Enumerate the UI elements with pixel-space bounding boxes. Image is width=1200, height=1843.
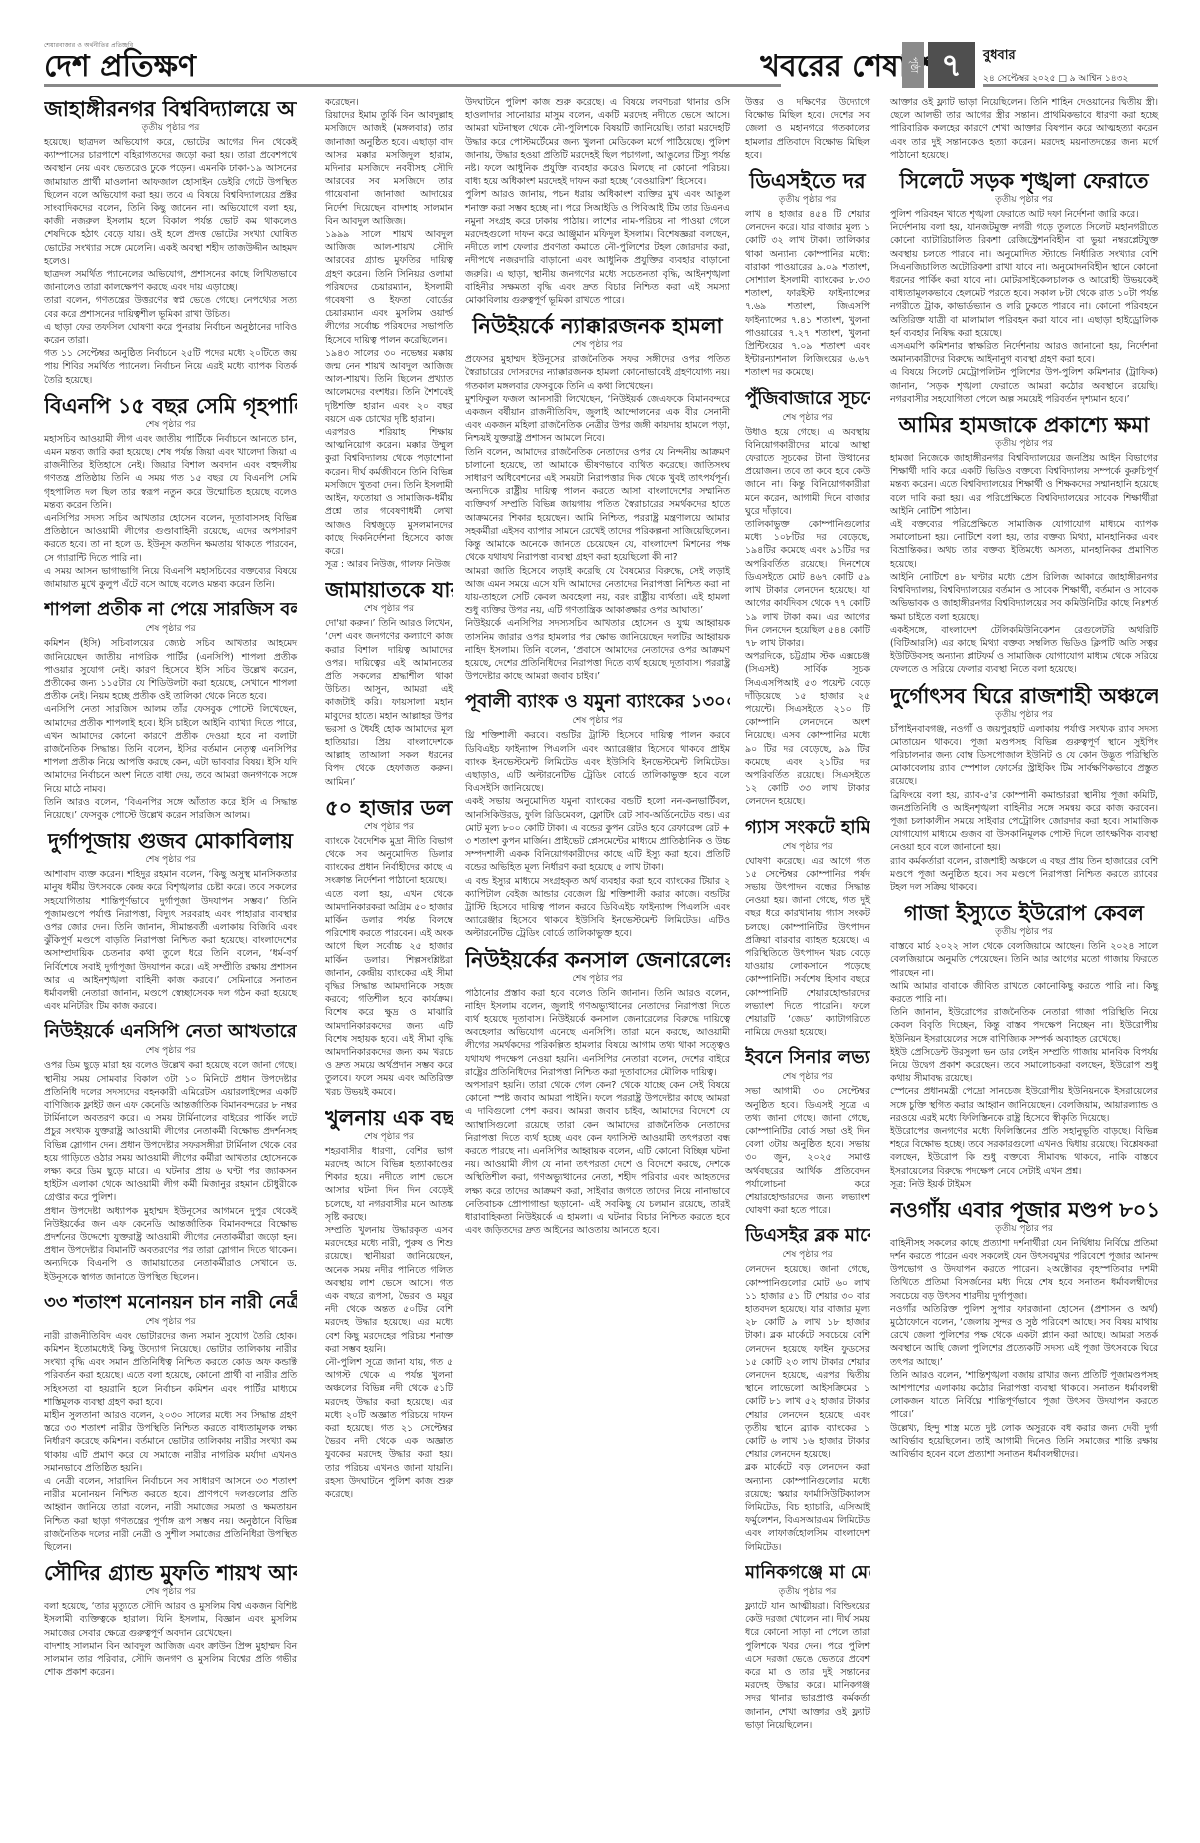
article-consul-general: নিউইয়র্কের কনসাল জেনারেলের শেষ পৃষ্ঠার …: [465, 947, 730, 1238]
article-body: লাখ ৪ হাজার ৪৫৪ টি শেয়ার লেনদেন করে। যা…: [745, 208, 870, 380]
continuation-note: শেষ পৃষ্ঠার পর: [44, 1045, 297, 1057]
article-body: হয়েছে। ছাত্রদল অভিযোগ করে, ভোটের আগের দ…: [44, 136, 297, 387]
article-body: উধাও হয়ে গেছে। এ অবস্থায় বিনিয়োগকারীদ…: [745, 426, 870, 809]
continuation-note: তৃতীয় পৃষ্ঠার পর: [44, 122, 297, 134]
continuation-note: শেষ পৃষ্ঠার পর: [44, 1586, 297, 1598]
continuation-note: তৃতীয় পৃষ্ঠার পর: [890, 438, 1158, 450]
column-5: আক্তার ওই ফ্ল্যাট ভাড়া নিয়েছিলেন। তিনি…: [890, 96, 1158, 1467]
continuation-note: তৃতীয় পৃষ্ঠার পর: [745, 1586, 870, 1598]
article-women-nomination: ৩৩ শতাংশ মনোনয়ন চান নারী নেত্রীরা শেষ প…: [44, 1290, 297, 1554]
article-body: উত্তর ও দক্ষিণের উদ্যোগে বিক্ষোভ মিছিল হ…: [745, 96, 870, 162]
continuation-note: শেষ পৃষ্ঠার পর: [325, 821, 453, 833]
continuation-note: শেষ পৃষ্ঠার পর: [325, 1131, 453, 1143]
article-ibn-sina: ইবনে সিনার লভ্যাংশ শেষ পৃষ্ঠার পর সভা আগ…: [745, 1045, 870, 1217]
article-capital-market-index: পুঁজিবাজারে সূচকের শেষ পৃষ্ঠার পর উধাও হ…: [745, 386, 870, 809]
continuation-note: তৃতীয় পৃষ্ঠার পর: [890, 1223, 1158, 1235]
article-body: দো'য়া করুন।’ তিনি আরও লিখেন, ‘দেশ এবং জ…: [325, 617, 453, 789]
article-ny-attack: নিউইয়র্কে ন্যাক্কারজনক হামলা শেষ পৃষ্ঠা…: [465, 313, 730, 683]
article-saudi-mufti: সৌদির গ্র্যান্ড মুফতি শায়খ আবদুল শেষ পৃ…: [44, 1560, 297, 1679]
headline: জামায়াতকে যারা: [325, 577, 453, 603]
continuation-note: শেষ পৃষ্ঠার পর: [44, 419, 297, 431]
article-jamaat: জামায়াতকে যারা শেষ পৃষ্ঠার পর দো'য়া কর…: [325, 577, 453, 789]
article-manikganj: মানিকগঞ্জে মা মেয়ে তৃতীয় পৃষ্ঠার পর ফ্…: [745, 1560, 870, 1732]
article-50k-dollar: ৫০ হাজার ডলার শেষ পৃষ্ঠার পর ব্যাংকে বৈদ…: [325, 795, 453, 1099]
article-protest-cont: উত্তর ও দক্ষিণের উদ্যোগে বিক্ষোভ মিছিল হ…: [745, 96, 870, 162]
headline: নওগাঁয় এবার পূজার মণ্ডপ ৮০১টি: [890, 1197, 1158, 1223]
article-body: নারী রাজনীতিবিদ এবং ভোটারদের জন্য সমান স…: [44, 1330, 297, 1554]
article-body: ওপর ডিম ছুড়ে মারা হয় বলেও উল্লেখ করা হ…: [44, 1059, 297, 1283]
article-body: পুলিশ পরিবহন খাতে শৃঙ্খলা ফেরাতে আট দফা …: [890, 208, 1158, 406]
continuation-note: শেষ পৃষ্ঠার পর: [745, 412, 870, 424]
headline: নিউইয়র্কে এনসিপি নেতা আখতারের: [44, 1019, 297, 1045]
article-body: সভা আগামী ৩০ সেপ্টেম্বর অনুষ্ঠিত হবে। ডি…: [745, 1085, 870, 1217]
headline: ৫০ হাজার ডলার: [325, 795, 453, 821]
headline: মানিকগঞ্জে মা মেয়ে: [745, 1560, 870, 1586]
article-naogaon-puja: নওগাঁয় এবার পূজার মণ্ডপ ৮০১টি তৃতীয় পৃ…: [890, 1197, 1158, 1461]
column-2: করেছেন। রিয়াদের ইমাম তুর্কি বিন আবদুল্ল…: [325, 96, 453, 1507]
headline: নিউইয়র্কের কনসাল জেনারেলের: [465, 947, 730, 973]
article-manikganj-cont: আক্তার ওই ফ্ল্যাট ভাড়া নিয়েছিলেন। তিনি…: [890, 96, 1158, 162]
article-body: মহাসচিব আওয়ামী লীগ এবং জাতীয় পার্টিকে …: [44, 433, 297, 591]
headline: সৌদির গ্র্যান্ড মুফতি শায়খ আবদুল: [44, 1560, 297, 1586]
headline: গাজা ইস্যুতে ইউরোপ কেবল: [890, 900, 1158, 926]
source-credit: সূত্র: নিউ ইয়র্ক টাইমস: [890, 1178, 1158, 1191]
headline: নিউইয়র্কে ন্যাক্কারজনক হামলা: [465, 313, 730, 339]
headline: বিএনপি ১৫ বছর সেমি গৃহপালিত দল: [44, 393, 297, 419]
continuation-note: শেষ পৃষ্ঠার পর: [745, 1071, 870, 1083]
article-sylhet-road: সিলেটে সড়ক শৃঙ্খলা ফেরাতে তৃতীয় পৃষ্ঠা…: [890, 168, 1158, 406]
article-khulna: খুলনায় এক বছরে শেষ পৃষ্ঠার পর শহরবাসীর …: [325, 1105, 453, 1501]
article-body: আশাবাদ ব্যক্ত করেন। শহিদুর রহমান বলেন, ‘…: [44, 868, 297, 1013]
article-body: থ্রি শক্তিশালী করবে। বন্ডটির ট্রাস্টি হি…: [465, 729, 730, 940]
article-hamid-gas: গ্যাস সংকটে হামিদ শেষ পৃষ্ঠার পর ঘোষণা ক…: [745, 815, 870, 1040]
article-jahangirnagar: জাহাঙ্গীরনগর বিশ্ববিদ্যালয়ে আবার তৃতীয়…: [44, 96, 297, 387]
masthead: শেয়ারবাজার ও অর্থনীতির প্রতিচ্ছবি দেশ প…: [0, 0, 1200, 90]
brand-logo: শেয়ারবাজার ও অর্থনীতির প্রতিচ্ছবি দেশ প…: [44, 40, 196, 83]
article-body: হামজা নিজেকে জাহাঙ্গীরনগর বিশ্ববিদ্যালয়…: [890, 452, 1158, 676]
continuation-note: শেষ পৃষ্ঠার পর: [325, 603, 453, 615]
headline: গ্যাস সংকটে হামিদ: [745, 815, 870, 841]
headline: পুঁজিবাজারে সূচকের: [745, 386, 870, 412]
weekday: বুধবার: [983, 46, 1128, 67]
headline: শাপলা প্রতীক না পেয়ে সারজিস বললেন,: [44, 597, 297, 623]
continuation-note: শেষ পৃষ্ঠার পর: [465, 715, 730, 727]
article-amir-hamza: আমির হামজাকে প্রকাশ্যে ক্ষমা তৃতীয় পৃষ্…: [890, 412, 1158, 676]
page-number: ৭: [928, 42, 975, 88]
article-dse-price: ডিএসইতে দর তৃতীয় পৃষ্ঠার পর লাখ ৪ হাজার…: [745, 168, 870, 380]
article-shapla: শাপলা প্রতীক না পেয়ে সারজিস বললেন, শেষ …: [44, 597, 297, 822]
headline: দুর্গাপূজায় গুজব মোকাবিলায়: [44, 828, 297, 854]
article-body: বাস্তবে মার্চ ২০২২ সাল থেকে বেলজিয়ামে আ…: [890, 940, 1158, 1178]
article-body: বাহিনীসহ সকলের কাছে প্রত্যাশা দর্শনার্থী…: [890, 1237, 1158, 1461]
continuation-note: তৃতীয় পৃষ্ঠার পর: [890, 194, 1158, 206]
headline: দুর্গোৎসব ঘিরে রাজশাহী অঞ্চলে: [890, 683, 1158, 709]
masthead-rule-right: [983, 84, 1158, 87]
headline: খুলনায় এক বছরে: [325, 1105, 453, 1131]
article-dse-block: ডিএসইর ব্লক মার্কেটে শেষ পৃষ্ঠার পর লেনদ…: [745, 1223, 870, 1553]
article-body: লেনদেন হয়েছে। জানা গেছে, কোম্পানিগুলোর …: [745, 1263, 870, 1553]
continuation-note: তৃতীয় পৃষ্ঠার পর: [890, 709, 1158, 721]
article-rajshahi-durga: দুর্গোৎসব ঘিরে রাজশাহী অঞ্চলে তৃতীয় পৃষ…: [890, 683, 1158, 895]
headline: আমির হামজাকে প্রকাশ্যে ক্ষমা: [890, 412, 1158, 438]
column-3: উদঘাটনে পুলিশ কাজ শুরু করেছে। এ বিষয়ে ল…: [465, 96, 730, 1243]
headline: ৩৩ শতাংশ মনোনয়ন চান নারী নেত্রীরা: [44, 1290, 297, 1316]
article-body: উদঘাটনে পুলিশ কাজ শুরু করেছে। এ বিষয়ে ল…: [465, 96, 730, 307]
column-1: জাহাঙ্গীরনগর বিশ্ববিদ্যালয়ে আবার তৃতীয়…: [44, 96, 297, 1686]
article-body: চাঁপাইনবাবগঞ্জ, নওগাঁ ও জয়পুরহাট এলাকায…: [890, 723, 1158, 895]
article-body: ঘোষণা করেছে। এর আগে গত ১৫ সেপ্টেম্বর কোম…: [745, 855, 870, 1040]
article-mufti-cont: করেছেন। রিয়াদের ইমাম তুর্কি বিন আবদুল্ল…: [325, 96, 453, 571]
date-block: বুধবার ২৪ সেপ্টেম্বর ২০২৫ □ ৯ আশ্বিন ১৪৩…: [983, 46, 1128, 86]
newspaper-name: দেশ প্রতিক্ষণ: [44, 51, 196, 83]
page-label: পৃষ্ঠা: [902, 42, 924, 88]
article-body: ব্যাংকে বৈদেশিক মুদ্রা নীতি বিভাগ থেকে স…: [325, 835, 453, 1099]
headline: ডিএসইর ব্লক মার্কেটে: [745, 1223, 870, 1249]
continuation-note: শেষ পৃষ্ঠার পর: [44, 623, 297, 635]
continuation-note: শেষ পৃষ্ঠার পর: [465, 339, 730, 351]
article-body: শহরবাসীর ধারণা, বেশির ভাগ মরদেহ আসে বিভি…: [325, 1145, 453, 1501]
article-body: বলা হয়েছে, ‘তার মৃত্যুতে সৌদি আরব ও মুস…: [44, 1600, 297, 1679]
article-body: পাঠানোর প্রস্তাব করা হবে বলেও তিনি জানান…: [465, 987, 730, 1238]
article-gaza-europe: গাজা ইস্যুতে ইউরোপ কেবল তৃতীয় পৃষ্ঠার প…: [890, 900, 1158, 1191]
headline: ইবনে সিনার লভ্যাংশ: [745, 1045, 870, 1071]
continuation-note: তৃতীয় পৃষ্ঠার পর: [745, 194, 870, 206]
headline: পূবালী ব্যাংক ও যমুনা ব্যাংকের ১৩০০: [465, 689, 730, 715]
article-body: করেছেন। রিয়াদের ইমাম তুর্কি বিন আবদুল্ল…: [325, 96, 453, 558]
masthead-rule-left: [44, 84, 781, 87]
article-durga-rumor: দুর্গাপূজায় গুজব মোকাবিলায় শেষ পৃষ্ঠার…: [44, 828, 297, 1013]
continuation-note: শেষ পৃষ্ঠার পর: [745, 841, 870, 853]
article-body: আক্তার ওই ফ্ল্যাট ভাড়া নিয়েছিলেন। তিনি…: [890, 96, 1158, 162]
article-ny-ncp: নিউইয়র্কে এনসিপি নেতা আখতারের শেষ পৃষ্ঠ…: [44, 1019, 297, 1283]
continuation-note: শেষ পৃষ্ঠার পর: [44, 854, 297, 866]
article-body: কমিশন (ইসি) সচিবালয়ের জ্যেষ্ঠ সচিব আখতা…: [44, 637, 297, 822]
continuation-note: শেষ পৃষ্ঠার পর: [465, 973, 730, 985]
column-4: উত্তর ও দক্ষিণের উদ্যোগে বিক্ষোভ মিছিল হ…: [745, 96, 870, 1738]
article-pubali-jamuna: পূবালী ব্যাংক ও যমুনা ব্যাংকের ১৩০০ শেষ …: [465, 689, 730, 940]
continuation-note: শেষ পৃষ্ঠার পর: [44, 1316, 297, 1328]
article-bnp: বিএনপি ১৫ বছর সেমি গৃহপালিত দল শেষ পৃষ্ঠ…: [44, 393, 297, 591]
continuation-note: শেষ পৃষ্ঠার পর: [745, 1249, 870, 1261]
source-credit: সূত্র : আরব নিউজ, গালফ নিউজ: [325, 558, 453, 571]
article-khulna-cont: উদঘাটনে পুলিশ কাজ শুরু করেছে। এ বিষয়ে ল…: [465, 96, 730, 307]
article-body: ফ্ল্যাটে যান আত্মীয়রা। বিল্ডিংয়ের কেউ …: [745, 1600, 870, 1732]
continuation-note: তৃতীয় পৃষ্ঠার পর: [890, 926, 1158, 938]
article-body: প্রফেসর মুহাম্মদ ইউনূসের রাজনৈতিক সফর সঙ…: [465, 353, 730, 683]
headline: জাহাঙ্গীরনগর বিশ্ববিদ্যালয়ে আবার: [44, 96, 297, 122]
headline: ডিএসইতে দর: [745, 168, 870, 194]
headline: সিলেটে সড়ক শৃঙ্খলা ফেরাতে: [890, 168, 1158, 194]
